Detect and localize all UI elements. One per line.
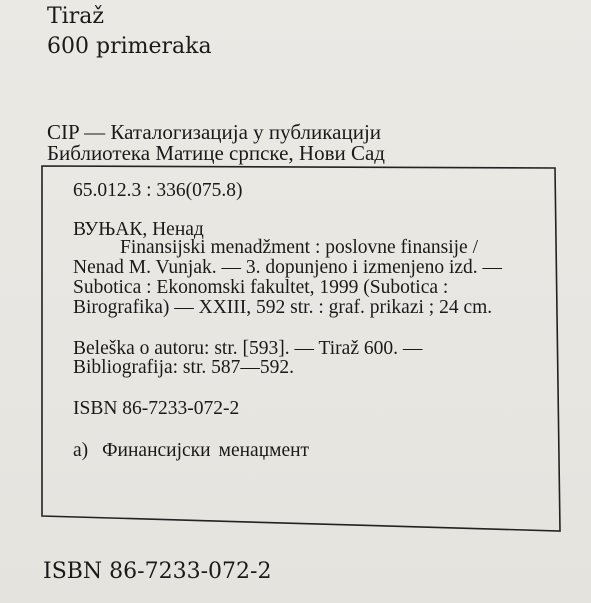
- description-line: Subotica : Ekonomski fakultet, 1999 (Sub…: [73, 278, 448, 298]
- description-line: Birografika) — XXIII, 592 str. : graf. p…: [73, 298, 492, 318]
- subject-heading: а)Финансијскименаџмент: [73, 441, 309, 461]
- notes-line: Beleška o autoru: str. [593]. — Tiraž 60…: [73, 339, 422, 359]
- subject-word: Финансијски: [102, 440, 210, 461]
- subject-word: менаџмент: [219, 440, 309, 461]
- print-run-value: 600 primeraka: [47, 36, 212, 58]
- footer-isbn: ISBN 86-7233-072-2: [43, 561, 271, 583]
- udc-classification: 65.012.3 : 336(075.8): [73, 181, 243, 201]
- notes-line: Bibliografija: str. 587—592.: [73, 358, 294, 378]
- subject-marker: а): [73, 440, 88, 461]
- cip-title: CIP — Каталогизација у публикацији: [47, 122, 381, 143]
- description-line: Nenad M. Vunjak. — 3. dopunjeno i izmenj…: [73, 258, 502, 278]
- cip-library: Библиотека Матице српске, Нови Сад: [47, 143, 385, 164]
- record-isbn: ISBN 86-7233-072-2: [73, 399, 239, 419]
- description-line: Finansijski menadžment : poslovne finans…: [120, 238, 478, 258]
- print-run-label: Tiraž: [47, 6, 104, 28]
